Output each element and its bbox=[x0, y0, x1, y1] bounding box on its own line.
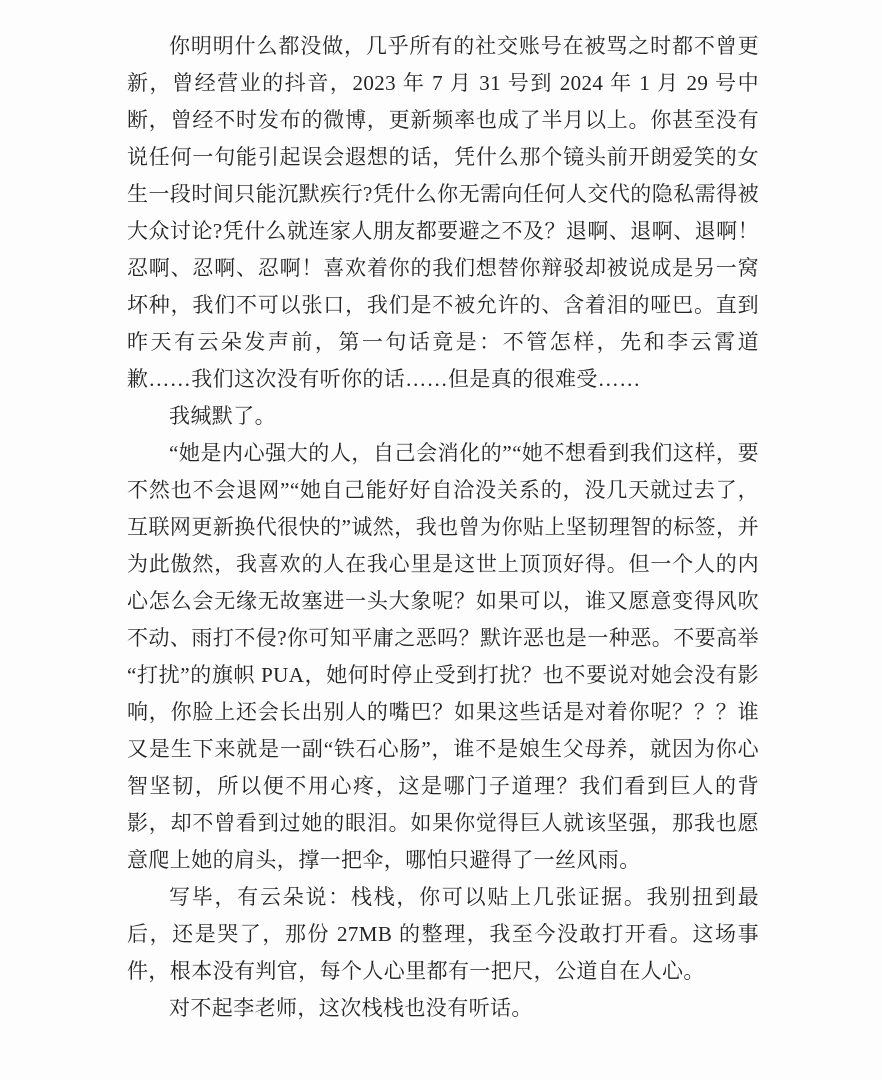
paragraph: 写毕，有云朵说：栈栈，你可以贴上几张证据。我别扭到最后，还是哭了，那份 27MB… bbox=[127, 879, 759, 990]
paragraph: 你明明什么都没做，几乎所有的社交账号在被骂之时都不曾更新，曾经营业的抖音，202… bbox=[127, 28, 759, 398]
paragraph: 我缄默了。 bbox=[127, 398, 759, 435]
document-page: 你明明什么都没做，几乎所有的社交账号在被骂之时都不曾更新，曾经营业的抖音，202… bbox=[127, 28, 759, 1027]
paragraph: “她是内心强大的人，自己会消化的”“她不想看到我们这样，要不然也不会退网”“她自… bbox=[127, 435, 759, 879]
paragraph: 对不起李老师，这次栈栈也没有听话。 bbox=[127, 990, 759, 1027]
